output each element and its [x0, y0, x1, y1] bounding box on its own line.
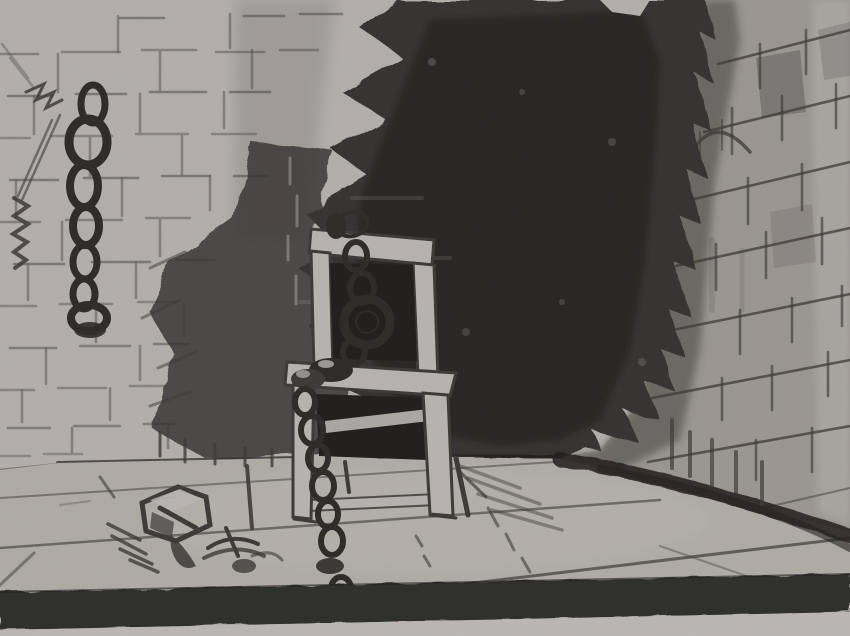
prison-cell-illustration: [0, 0, 850, 636]
ink-drawing: [0, 0, 850, 636]
paper-grain: [0, 0, 850, 636]
